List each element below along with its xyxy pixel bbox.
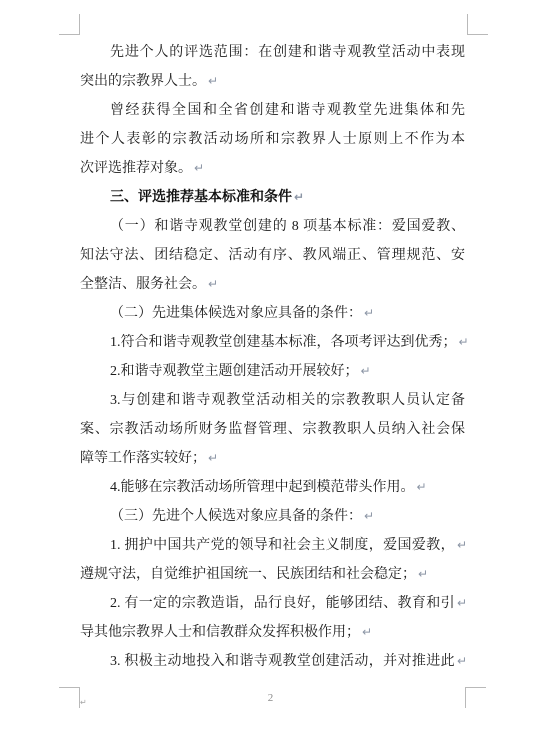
- paragraph-mark-icon: ↵: [416, 567, 428, 581]
- text-line: 知法守法、团结稳定、活动有序、教风端正、管理规范、安: [80, 241, 467, 270]
- text-line: 导其他宗教界人士和信教群众发挥积极作用；↵: [80, 618, 467, 647]
- line-text: 知法守法、团结稳定、活动有序、教风端正、管理规范、安: [80, 248, 465, 263]
- document-page: 先进个人的评选范围：在创建和谐寺观教堂活动中表现 突出的宗教界人士。↵ 曾经获得…: [0, 0, 541, 750]
- footer-paragraph-mark-icon: ↵: [80, 698, 87, 707]
- text-line: 遵规守法，自觉维护祖国统一、民族团结和社会稳定；↵: [80, 560, 467, 589]
- line-text: 次评选推荐对象。: [80, 161, 192, 176]
- crop-mark-top-right: [467, 14, 488, 35]
- text-line: 2.和谐寺观教堂主题创建活动开展较好；↵: [80, 357, 467, 386]
- text-line: 3. 积极主动地投入和谐寺观教堂创建活动，并对推进此↵: [80, 647, 467, 676]
- line-text: 先进个人的评选范围：在创建和谐寺观教堂活动中表现: [110, 45, 465, 60]
- line-text: （三）先进个人候选对象应具备的条件：: [110, 509, 362, 524]
- text-line: 次评选推荐对象。↵: [80, 154, 467, 183]
- line-text: 2.和谐寺观教堂主题创建活动开展较好；: [110, 364, 359, 379]
- line-text: 2. 有一定的宗教造诣，品行良好，能够团结、教育和引: [110, 596, 455, 611]
- section-heading: 三、评选推荐基本标准和条件↵: [80, 183, 467, 212]
- paragraph-mark-icon: ↵: [206, 277, 218, 291]
- text-line: 3.与创建和谐寺观教堂活动相关的宗教教职人员认定备: [80, 386, 467, 415]
- paragraph-mark-icon: ↵: [455, 596, 467, 610]
- crop-mark-top-left: [59, 14, 80, 35]
- line-text: 进个人表彰的宗教活动场所和宗教界人士原则上不作为本: [80, 132, 465, 147]
- text-line: 全整洁、服务社会。↵: [80, 270, 467, 299]
- line-text: 3.与创建和谐寺观教堂活动相关的宗教教职人员认定备: [110, 393, 465, 408]
- text-area: 先进个人的评选范围：在创建和谐寺观教堂活动中表现 突出的宗教界人士。↵ 曾经获得…: [80, 38, 467, 676]
- text-line: 曾经获得全国和全省创建和谐寺观教堂先进集体和先: [80, 96, 467, 125]
- line-text: 障等工作落实较好；: [80, 451, 206, 466]
- paragraph-mark-icon: ↵: [206, 451, 218, 465]
- line-text: 突出的宗教界人士。: [80, 74, 206, 89]
- text-line: 先进个人的评选范围：在创建和谐寺观教堂活动中表现: [80, 38, 467, 67]
- paragraph-mark-icon: ↵: [455, 654, 467, 668]
- line-text: 遵规守法，自觉维护祖国统一、民族团结和社会稳定；: [80, 567, 416, 582]
- line-text: 4.能够在宗教活动场所管理中起到模范带头作用。: [110, 480, 415, 495]
- paragraph-mark-icon: ↵: [360, 625, 372, 639]
- paragraph-mark-icon: [465, 132, 467, 146]
- line-text: 1. 拥护中国共产党的领导和社会主义制度，爱国爱教，: [110, 538, 455, 553]
- paragraph-mark-icon: [465, 219, 467, 233]
- line-text: （一）和谐寺观教堂创建的 8 项基本标准：爱国爱教、: [110, 219, 465, 234]
- line-text: 曾经获得全国和全省创建和谐寺观教堂先进集体和先: [110, 103, 465, 118]
- line-text: 全整洁、服务社会。: [80, 277, 206, 292]
- line-text: 导其他宗教界人士和信教群众发挥积极作用；: [80, 625, 360, 640]
- paragraph-mark-icon: ↵: [206, 74, 218, 88]
- paragraph-mark-icon: ↵: [292, 190, 304, 204]
- text-line: 2. 有一定的宗教造诣，品行良好，能够团结、教育和引↵: [80, 589, 467, 618]
- paragraph-mark-icon: [465, 422, 467, 436]
- text-line: 4.能够在宗教活动场所管理中起到模范带头作用。↵: [80, 473, 467, 502]
- text-line: 1. 拥护中国共产党的领导和社会主义制度，爱国爱教，↵: [80, 531, 467, 560]
- paragraph-mark-icon: ↵: [192, 161, 204, 175]
- text-line: 突出的宗教界人士。↵: [80, 67, 467, 96]
- line-text: 1.符合和谐寺观教堂创建基本标准，各项考评达到优秀；: [110, 335, 457, 350]
- text-line: 1.符合和谐寺观教堂创建基本标准，各项考评达到优秀；↵: [80, 328, 467, 357]
- line-text: 3. 积极主动地投入和谐寺观教堂创建活动，并对推进此: [110, 654, 455, 669]
- paragraph-mark-icon: [465, 45, 467, 59]
- paragraph-mark-icon: ↵: [359, 364, 371, 378]
- line-text: 三、评选推荐基本标准和条件: [110, 190, 292, 205]
- text-line: 案、宗教活动场所财务监督管理、宗教教职人员纳入社会保: [80, 415, 467, 444]
- text-line: （三）先进个人候选对象应具备的条件：↵: [80, 502, 467, 531]
- text-line: 障等工作落实较好；↵: [80, 444, 467, 473]
- paragraph-mark-icon: ↵: [455, 538, 467, 552]
- paragraph-mark-icon: ↵: [362, 509, 374, 523]
- paragraph-mark-icon: ↵: [457, 335, 469, 349]
- line-text: （二）先进集体候选对象应具备的条件：: [110, 306, 362, 321]
- paragraph-mark-icon: [465, 103, 467, 117]
- text-line: （一）和谐寺观教堂创建的 8 项基本标准：爱国爱教、: [80, 212, 467, 241]
- text-line: 进个人表彰的宗教活动场所和宗教界人士原则上不作为本: [80, 125, 467, 154]
- line-text: 案、宗教活动场所财务监督管理、宗教教职人员纳入社会保: [80, 422, 465, 437]
- paragraph-mark-icon: [465, 248, 467, 262]
- paragraph-mark-icon: [465, 393, 467, 407]
- paragraph-mark-icon: ↵: [415, 480, 427, 494]
- paragraph-mark-icon: ↵: [362, 306, 374, 320]
- text-line: （二）先进集体候选对象应具备的条件：↵: [80, 299, 467, 328]
